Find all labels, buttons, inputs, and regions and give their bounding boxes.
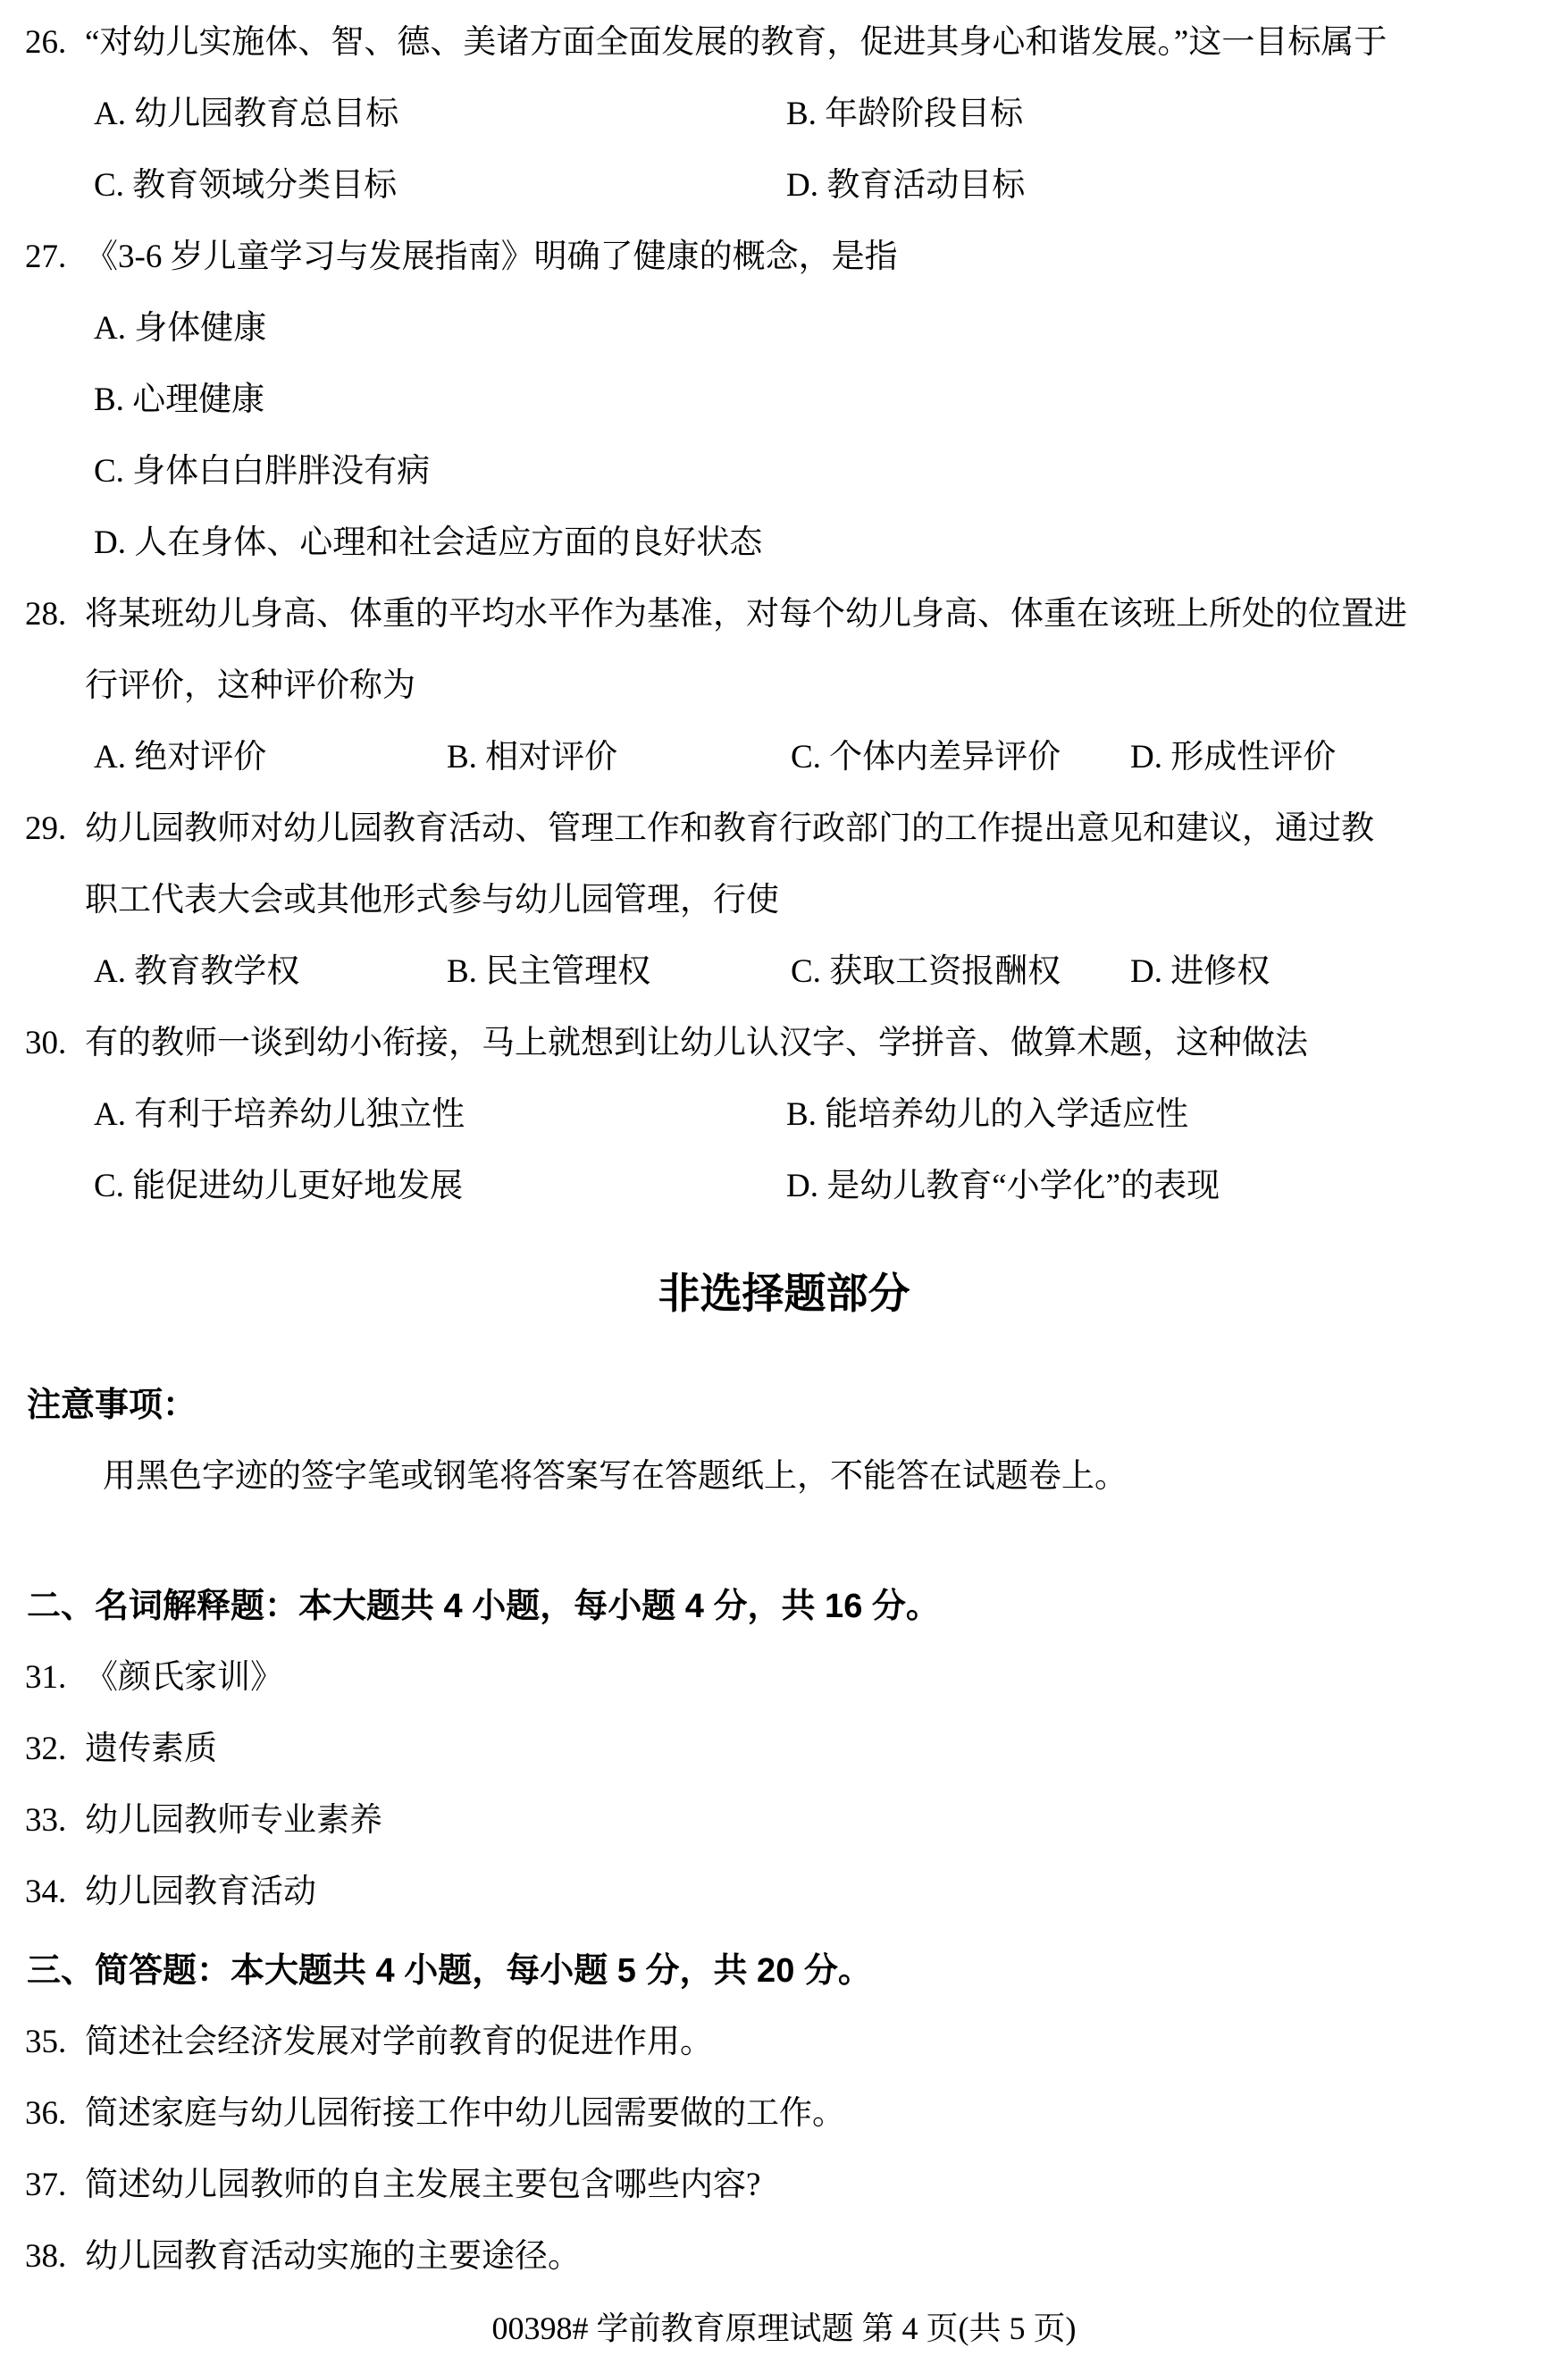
- question-28-stem-1: 将某班幼儿身高、体重的平均水平作为基准，对每个幼儿身高、体重在该班上所处的位置进: [85, 596, 1407, 633]
- item-38-line: 38.幼儿园教育活动实施的主要途径。: [0, 2221, 1568, 2293]
- question-29-option-d: D. 进修权: [1130, 936, 1270, 1008]
- item-34-number: 34.: [25, 1857, 66, 1928]
- question-27-option-d-line: D. 人在身体、心理和社会适应方面的良好状态: [0, 507, 1568, 579]
- question-30-stem: 有的教师一谈到幼小衔接，马上就想到让幼儿认汉字、学拼音、做算术题，这种做法: [85, 1025, 1308, 1061]
- question-28-stem-line-1: 28.将某班幼儿身高、体重的平均水平作为基准，对每个幼儿身高、体重在该班上所处的…: [0, 579, 1568, 650]
- question-30-option-b: B. 能培养幼儿的入学适应性: [786, 1079, 1188, 1151]
- item-31-number: 31.: [25, 1642, 66, 1714]
- question-26-number: 26.: [25, 7, 66, 79]
- part3-heading: 三、简答题：本大题共 4 小题，每小题 5 分，共 20 分。: [0, 1935, 1568, 2007]
- item-34-line: 34.幼儿园教育活动: [0, 1857, 1568, 1928]
- item-36-number: 36.: [25, 2078, 66, 2150]
- question-26-option-a: A. 幼儿园教育总目标: [94, 79, 786, 150]
- question-27-number: 27.: [25, 222, 66, 293]
- item-32-number: 32.: [25, 1714, 66, 1785]
- question-28-option-c: C. 个体内差异评价: [791, 722, 1130, 793]
- question-26-option-d: D. 教育活动目标: [786, 150, 1025, 222]
- question-30-options-row-ab: A. 有利于培养幼儿独立性 B. 能培养幼儿的入学适应性: [0, 1079, 1568, 1151]
- item-37-number: 37.: [25, 2150, 66, 2221]
- question-26-stem: “对幼儿实施体、智、德、美诸方面全面发展的教育，促进其身心和谐发展。”这一目标属…: [85, 24, 1387, 61]
- question-27-option-b-line: B. 心理健康: [0, 365, 1568, 436]
- question-28-stem-line-2: 行评价，这种评价称为: [0, 650, 1568, 722]
- question-28-option-a: A. 绝对评价: [94, 722, 447, 793]
- question-28-number: 28.: [25, 579, 66, 650]
- question-26-options-row-ab: A. 幼儿园教育总目标 B. 年龄阶段目标: [0, 79, 1568, 150]
- question-26-option-b: B. 年龄阶段目标: [786, 79, 1023, 150]
- question-26-options-row-cd: C. 教育领域分类目标 D. 教育活动目标: [0, 150, 1568, 222]
- item-35-number: 35.: [25, 2007, 66, 2078]
- item-37-text: 简述幼儿园教师的自主发展主要包含哪些内容?: [85, 2167, 760, 2203]
- question-27-option-d: D. 人在身体、心理和社会适应方面的良好状态: [94, 524, 762, 561]
- question-30-option-d: D. 是幼儿教育“小学化”的表现: [786, 1151, 1220, 1222]
- item-35-line: 35.简述社会经济发展对学前教育的促进作用。: [0, 2007, 1568, 2078]
- item-37-line: 37.简述幼儿园教师的自主发展主要包含哪些内容?: [0, 2150, 1568, 2221]
- question-28-options-row: A. 绝对评价 B. 相对评价 C. 个体内差异评价 D. 形成性评价: [0, 722, 1568, 793]
- question-26-option-c: C. 教育领域分类目标: [94, 150, 786, 222]
- item-31-line: 31.《颜氏家训》: [0, 1642, 1568, 1714]
- question-27-option-a: A. 身体健康: [94, 310, 266, 347]
- item-36-text: 简述家庭与幼儿园衔接工作中幼儿园需要做的工作。: [85, 2095, 845, 2132]
- question-27-stem-line: 27.《3-6 岁儿童学习与发展指南》明确了健康的概念，是指: [0, 222, 1568, 293]
- question-28-option-d: D. 形成性评价: [1130, 722, 1336, 793]
- question-27-option-b: B. 心理健康: [94, 382, 264, 418]
- question-28-stem-2: 行评价，这种评价称为: [85, 667, 415, 704]
- item-38-text: 幼儿园教育活动实施的主要途径。: [85, 2238, 581, 2275]
- item-35-text: 简述社会经济发展对学前教育的促进作用。: [85, 2024, 713, 2060]
- question-29-stem-2: 职工代表大会或其他形式参与幼儿园管理，行使: [85, 882, 779, 918]
- item-34-text: 幼儿园教育活动: [85, 1874, 316, 1910]
- section-title: 非选择题部分: [0, 1245, 1568, 1343]
- question-29-number: 29.: [25, 793, 66, 865]
- item-32-text: 遗传素质: [85, 1731, 217, 1767]
- item-38-number: 38.: [25, 2221, 66, 2293]
- question-27-option-c-line: C. 身体白白胖胖没有病: [0, 436, 1568, 507]
- question-29-stem-line-2: 职工代表大会或其他形式参与幼儿园管理，行使: [0, 865, 1568, 936]
- notice-text: 用黑色字迹的签字笔或钢笔将答案写在答题纸上，不能答在试题卷上。: [0, 1441, 1568, 1513]
- question-29-stem-1: 幼儿园教师对幼儿园教育活动、管理工作和教育行政部门的工作提出意见和建议，通过教: [85, 810, 1374, 847]
- question-29-option-c: C. 获取工资报酬权: [791, 936, 1130, 1008]
- question-29-option-b: B. 民主管理权: [447, 936, 791, 1008]
- question-27-stem: 《3-6 岁儿童学习与发展指南》明确了健康的概念，是指: [85, 239, 898, 275]
- item-31-text: 《颜氏家训》: [85, 1659, 283, 1696]
- question-30-option-c: C. 能促进幼儿更好地发展: [94, 1151, 786, 1222]
- part2-heading: 二、名词解释题：本大题共 4 小题，每小题 4 分，共 16 分。: [0, 1571, 1568, 1642]
- question-29-stem-line-1: 29.幼儿园教师对幼儿园教育活动、管理工作和教育行政部门的工作提出意见和建议，通…: [0, 793, 1568, 865]
- question-29-option-a: A. 教育教学权: [94, 936, 447, 1008]
- question-30-options-row-cd: C. 能促进幼儿更好地发展 D. 是幼儿教育“小学化”的表现: [0, 1151, 1568, 1222]
- question-29-options-row: A. 教育教学权 B. 民主管理权 C. 获取工资报酬权 D. 进修权: [0, 936, 1568, 1008]
- question-27-option-c: C. 身体白白胖胖没有病: [94, 453, 430, 490]
- item-33-text: 幼儿园教师专业素养: [85, 1802, 382, 1839]
- question-26-stem-line: 26.“对幼儿实施体、智、德、美诸方面全面发展的教育，促进其身心和谐发展。”这一…: [0, 7, 1568, 79]
- question-30-stem-line: 30.有的教师一谈到幼小衔接，马上就想到让幼儿认汉字、学拼音、做算术题，这种做法: [0, 1008, 1568, 1079]
- notice-label: 注意事项：: [0, 1370, 1568, 1441]
- exam-paper-page: { "exam": { "questions": { "q26": { "num…: [0, 0, 1568, 2373]
- question-30-option-a: A. 有利于培养幼儿独立性: [94, 1079, 786, 1151]
- question-27-option-a-line: A. 身体健康: [0, 293, 1568, 365]
- item-33-line: 33.幼儿园教师专业素养: [0, 1785, 1568, 1857]
- exam-page: 26.“对幼儿实施体、智、德、美诸方面全面发展的教育，促进其身心和谐发展。”这一…: [0, 0, 1568, 2373]
- question-28-option-b: B. 相对评价: [447, 722, 791, 793]
- item-32-line: 32.遗传素质: [0, 1714, 1568, 1785]
- page-footer: 00398# 学前教育原理试题 第 4 页(共 5 页): [0, 2293, 1568, 2364]
- item-36-line: 36.简述家庭与幼儿园衔接工作中幼儿园需要做的工作。: [0, 2078, 1568, 2150]
- item-33-number: 33.: [25, 1785, 66, 1857]
- question-30-number: 30.: [25, 1008, 66, 1079]
